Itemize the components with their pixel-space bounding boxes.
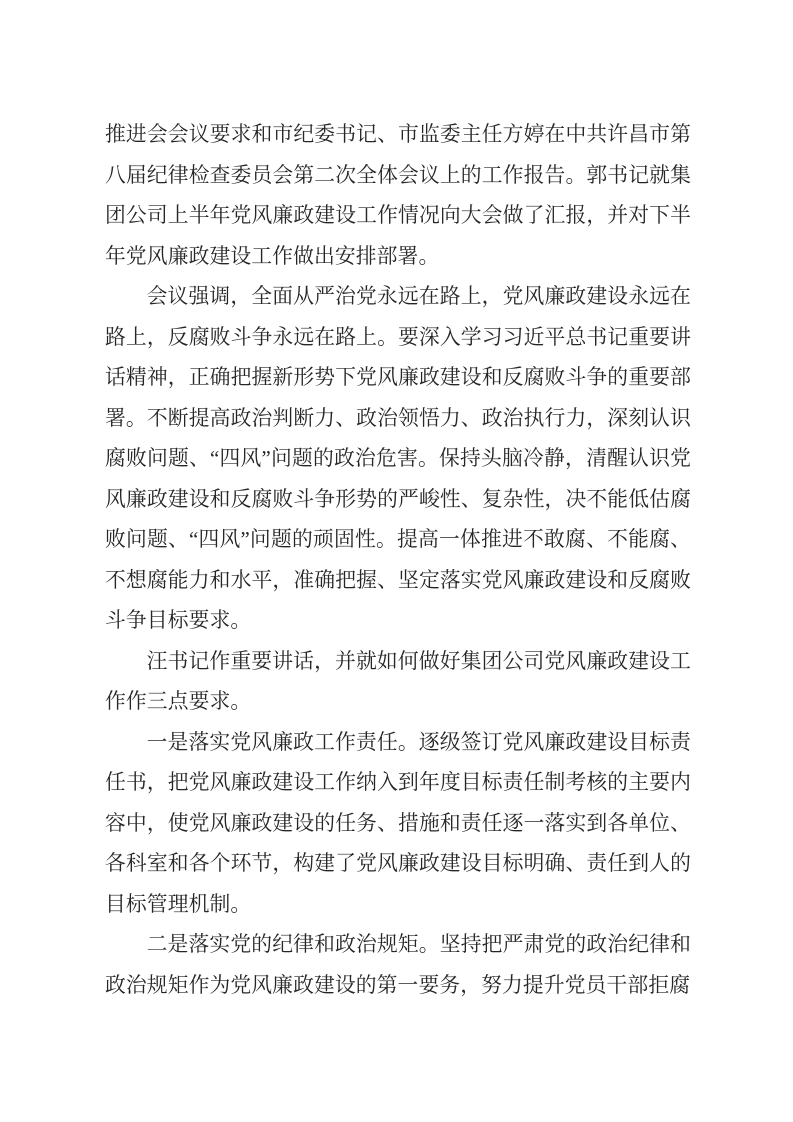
paragraph-requirement-two: 二是落实党的纪律和政治规矩。坚持把严肃党的政治纪律和政治规矩作为党风廉政建设的第… xyxy=(105,925,691,1006)
paragraph-meeting-emphasis: 会议强调，全面从严治党永远在路上，党风廉政建设永远在路上，反腐败斗争永远在路上。… xyxy=(105,277,691,642)
document-page: 推进会会议要求和市纪委书记、市监委主任方婷在中共许昌市第八届纪律检查委员会第二次… xyxy=(0,0,793,1122)
paragraph-secretary-speech: 汪书记作重要讲话，并就如何做好集团公司党风廉政建设工作作三点要求。 xyxy=(105,642,691,723)
paragraph-requirement-one: 一是落实党风廉政工作责任。逐级签订党风廉政建设目标责任书，把党风廉政建设工作纳入… xyxy=(105,723,691,926)
paragraph-continuation: 推进会会议要求和市纪委书记、市监委主任方婷在中共许昌市第八届纪律检查委员会第二次… xyxy=(105,115,691,277)
